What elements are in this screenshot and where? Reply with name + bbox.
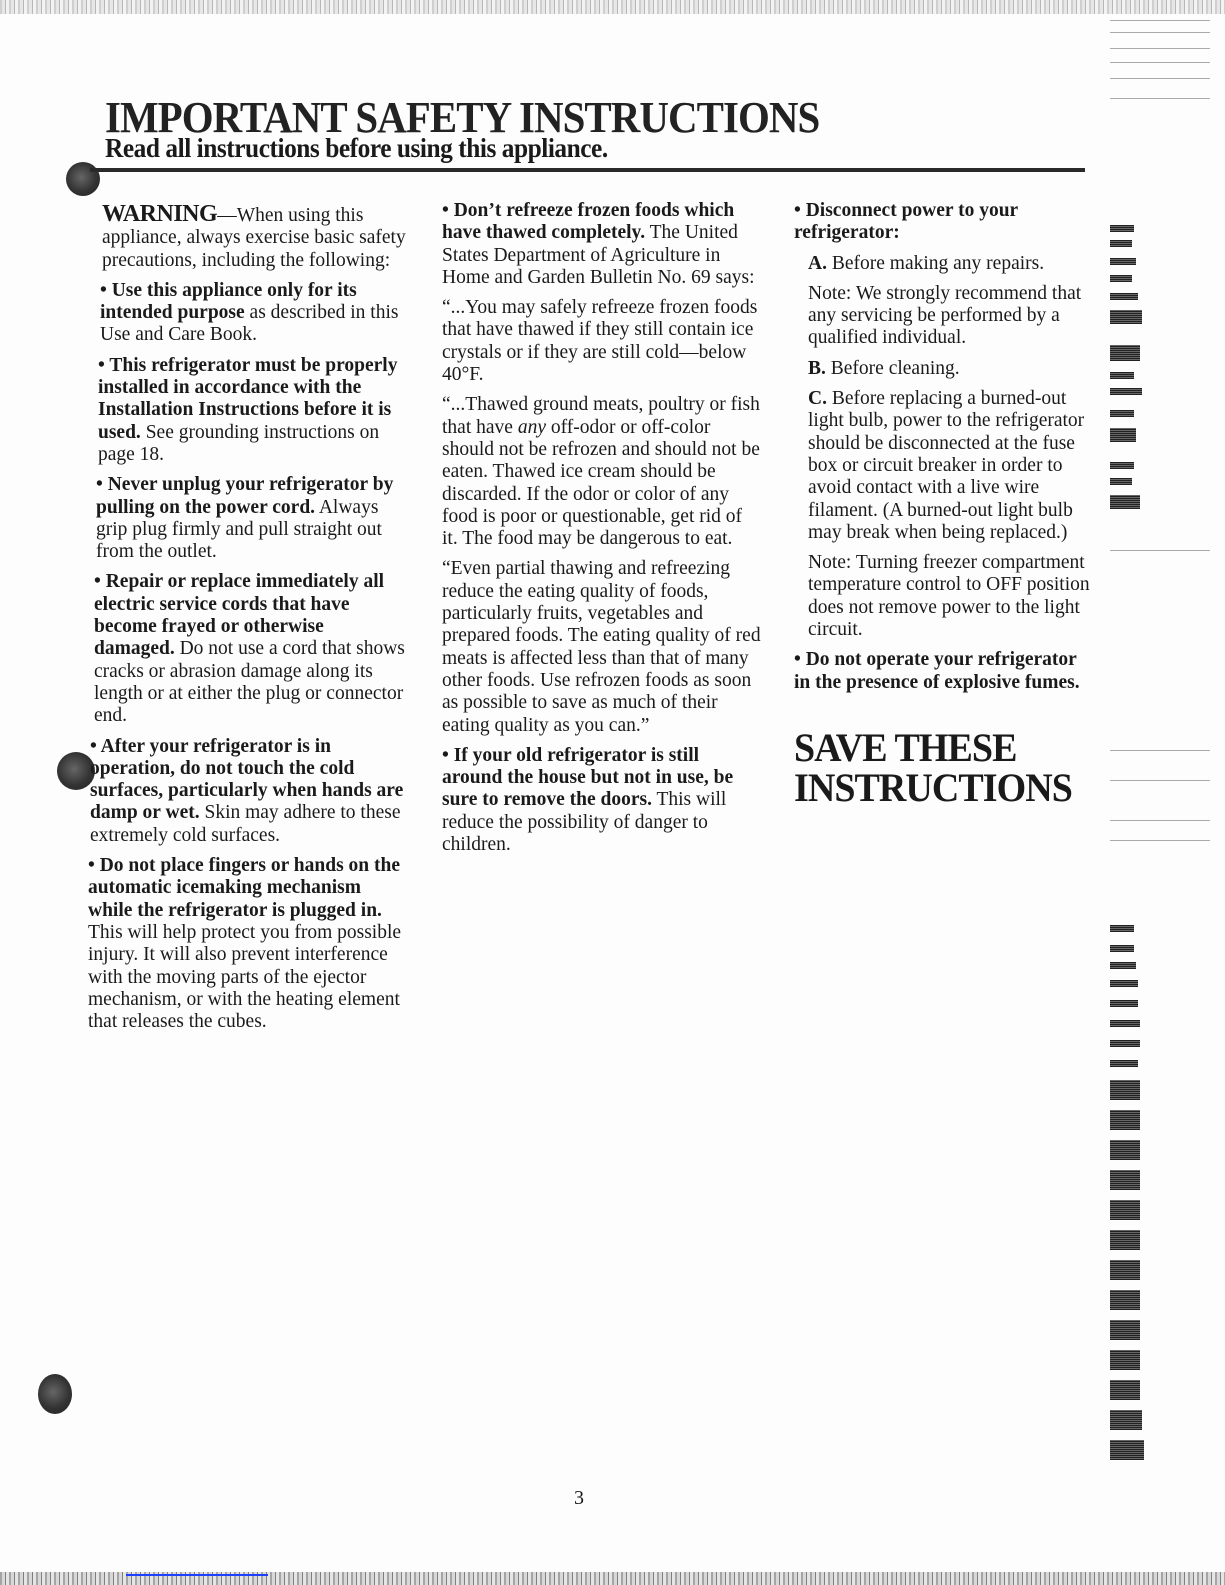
step-a: A. Before making any repairs. — [794, 253, 1094, 275]
safety-item: • Never unplug your refrigerator by pull… — [88, 474, 408, 563]
note-servicing: Note: We strongly recommend that any ser… — [794, 283, 1094, 350]
save-instructions-heading: SAVE THESE INSTRUCTIONS — [794, 728, 1079, 808]
hole-punch-bottom — [38, 1374, 72, 1414]
safety-item: • After your refrigerator is in operatio… — [88, 736, 408, 847]
thumb-index-bleed — [1110, 0, 1225, 1585]
usda-quote-2: “...Thawed ground meats, poultry or fish… — [442, 394, 762, 550]
header-rule — [90, 168, 1085, 172]
warning-paragraph: WARNING—When using this appliance, alway… — [88, 203, 408, 272]
page-number: 3 — [574, 1487, 584, 1510]
usda-quote-3: “Even partial thawing and refreezing red… — [442, 558, 762, 736]
old-refrigerator-item: • If your old refrigerator is still arou… — [442, 745, 762, 856]
warning-label: WARNING — [102, 201, 217, 227]
safety-item: • This refrigerator must be properly ins… — [88, 355, 408, 466]
scan-edge-top — [0, 0, 1225, 14]
refreeze-item: • Don’t refreeze frozen foods which have… — [442, 200, 762, 289]
column-left: WARNING—When using this appliance, alway… — [88, 203, 408, 1041]
usda-quote-1: “...You may safely refreeze frozen foods… — [442, 297, 762, 386]
note-light-circuit: Note: Turning freezer compartment temper… — [794, 552, 1094, 641]
explosive-fumes-item: • Do not operate your refrigerator in th… — [794, 649, 1094, 694]
disconnect-power-item: • Disconnect power to your refrigerator: — [794, 200, 1094, 245]
page-subtitle: Read all instructions before using this … — [105, 133, 608, 164]
column-middle: • Don’t refreeze frozen foods which have… — [442, 200, 762, 864]
safety-item: • Use this appliance only for its intend… — [88, 280, 408, 347]
step-b: B. Before cleaning. — [794, 358, 1094, 380]
scan-artifact-line — [126, 1574, 268, 1576]
safety-item: • Repair or replace immediately all elec… — [88, 571, 408, 727]
column-right: • Disconnect power to your refrigerator:… — [794, 200, 1094, 808]
step-c: C. Before replacing a burned-out light b… — [794, 388, 1094, 544]
safety-item: • Do not place fingers or hands on the a… — [88, 855, 408, 1033]
